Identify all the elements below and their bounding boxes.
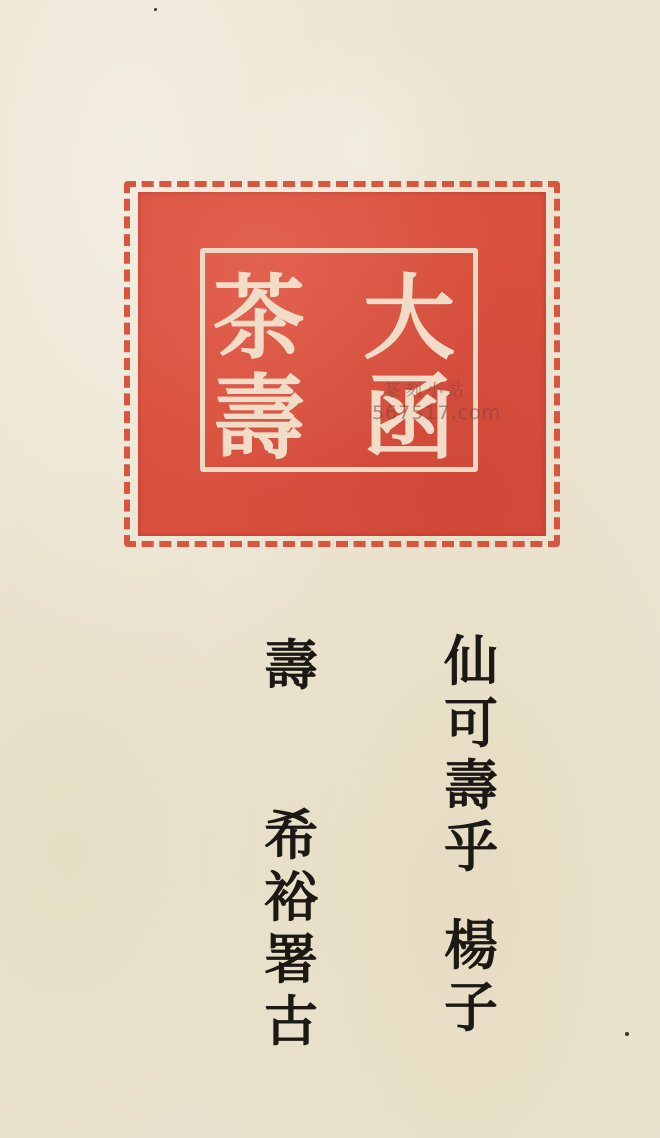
inscription-char: 楊 xyxy=(444,914,498,976)
seal-char-bottom-left: 壽 xyxy=(213,372,305,464)
inscription-char: 子 xyxy=(444,976,498,1038)
seal-char-top-left: 茶 xyxy=(213,272,305,364)
inscription-left-column: 壽 希 裕 署 古 xyxy=(256,634,326,1052)
watermark-url: 567517.com xyxy=(372,404,501,423)
inscription-char: 希 xyxy=(264,804,318,866)
inscription-char: 壽 xyxy=(264,634,318,696)
watermark-chinese: 篆刻小站 xyxy=(384,383,501,400)
inscription-char: 署 xyxy=(264,928,318,990)
paper-speck xyxy=(154,8,157,11)
inscription-char: 古 xyxy=(264,990,318,1052)
inscription-char: 可 xyxy=(444,692,498,754)
inscription-char: 仙 xyxy=(444,630,498,692)
inscription-char: 壽 xyxy=(444,754,498,816)
inscription-char: 裕 xyxy=(264,866,318,928)
seal-impression: 大 函 茶 壽 xyxy=(138,192,546,536)
watermark: 篆刻小站 567517.com xyxy=(372,383,501,423)
inscription-right-column: 仙 可 壽 乎 楊 子 xyxy=(436,630,506,1038)
paper-speck xyxy=(625,1032,629,1036)
seal-char-top-right: 大 xyxy=(363,272,455,364)
inscription-char: 乎 xyxy=(444,816,498,878)
